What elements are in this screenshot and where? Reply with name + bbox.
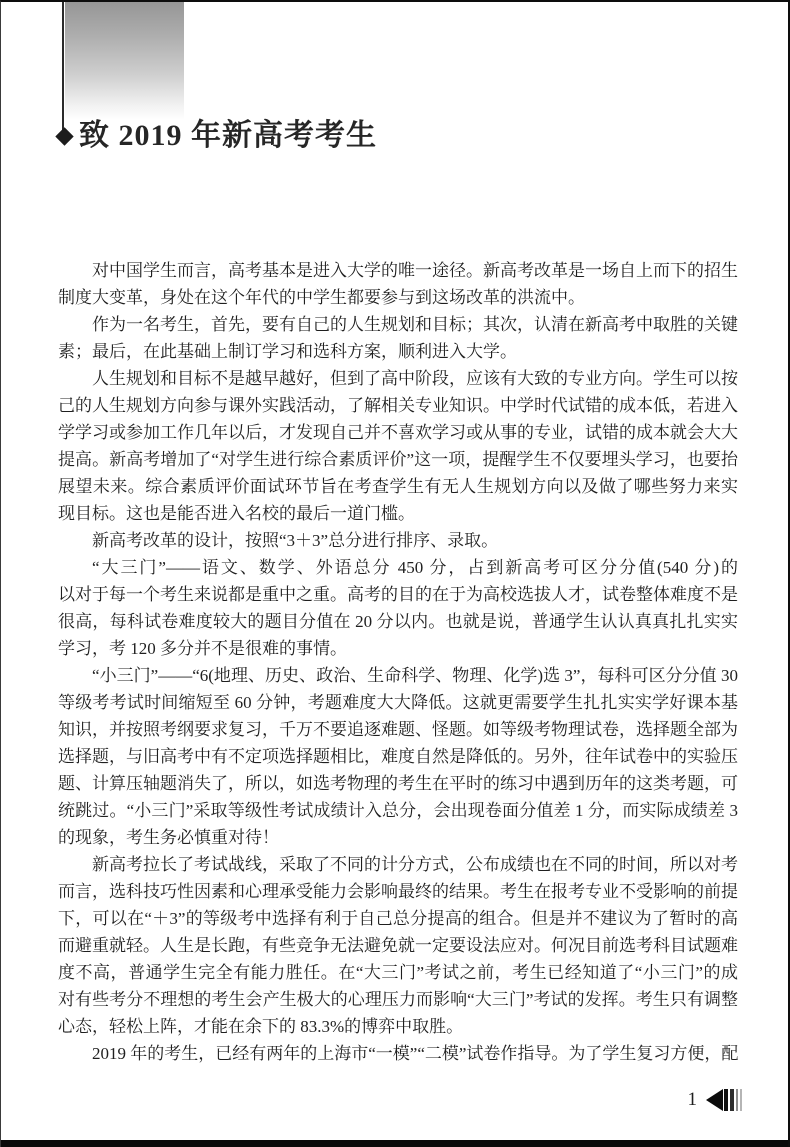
header-vertical-rule [62,2,64,130]
paragraph: 新高考拉长了考试战线，采取了不同的计分方式，公布成绩也在不同的时间，所以对考生 … [58,851,738,1040]
paragraph: “小三门”——“6(地理、历史、政治、生命科学、物理、化学)选 3”，每科可区分… [58,662,738,851]
page-edge-marker-icon [706,1089,742,1111]
text-line: 而言，选科技巧性因素和心理承受能力会影响最终的结果。考生在报考专业不受影响的前提 [58,878,738,905]
text-line: 己的人生规划方向参与课外实践活动，了解相关专业知识。中学时代试错的成本低，若进入… [58,392,738,419]
text-line: 展望未来。综合素质评价面试环节旨在考查学生有无人生规划方向以及做了哪些努力来实 [58,473,738,500]
text-line: 心态，轻松上阵，才能在余下的 83.3%的博弈中取胜。 [58,1013,738,1040]
text-line: 提高。新高考增加了“对学生进行综合素质评价”这一项，提醒学生不仅要埋头学习，也要… [58,446,738,473]
text-line: 学习，考 120 多分并不是很难的事情。 [58,635,738,662]
text-line: 制度大变革，身处在这个年代的中学生都要参与到这场改革的洪流中。 [58,284,738,311]
text-line: 选择题，与旧高考中有不定项选择题相比，难度自然是降低的。另外，往年试卷中的实验压… [58,743,738,770]
text-line: 现目标。这也是能否进入名校的最后一道门槛。 [58,500,738,527]
page-number: 1 [688,1088,698,1112]
text-line: 以对于每一个考生来说都是重中之重。高考的目的在于为高校选拔人才，试卷整体难度不是 [58,581,738,608]
chapter-title: 致 2019 年新高考考生 [79,110,719,150]
text-line: 人生规划和目标不是越早越好，但到了高中阶段，应该有大致的专业方向。学生可以按自 [58,365,738,392]
page-footer: 1 [688,1088,743,1112]
text-line: 度不高，普通学生完全有能力胜任。在“大三门”考试之前，考生已经知道了“小三门”的… [58,959,738,986]
text-line: 2019 年的考生，已经有两年的上海市“一模”“二模”试卷作指导。为了学生复习方… [58,1040,738,1067]
text-line: 新高考改革的设计，按照“3＋3”总分进行排序、录取。 [58,527,738,554]
text-line: 的现象，考生务必慎重对待！ [58,824,738,851]
header-gradient-ornament [65,2,184,120]
text-line: 学学习或参加工作几年以后，才发现自己并不喜欢学习或从事的专业，试错的成本就会大大 [58,419,738,446]
text-line: 下，可以在“＋3”的等级考中选择有利于自己总分提高的组合。但是并不建议为了暂时的… [58,905,738,932]
paragraph: 新高考改革的设计，按照“3＋3”总分进行排序、录取。 [58,527,738,554]
paragraph: 对中国学生而言，高考基本是进入大学的唯一途径。新高考改革是一场自上而下的招生 制… [58,257,738,311]
text-line: 素；最后，在此基础上制订学习和选科方案，顺利进入大学。 [58,338,738,365]
text-line: “小三门”——“6(地理、历史、政治、生命科学、物理、化学)选 3”，每科可区分… [58,662,738,689]
text-line: 统跳过。“小三门”采取等级性考试成绩计入总分，会出现卷面分值差 1 分，而实际成… [58,797,738,824]
text-line: 题、计算压轴题消失了，所以，如选考物理的考生在平时的练习中遇到历年的这类考题，可… [58,770,738,797]
bottom-scan-edge [1,1140,790,1147]
edge-bars-icon [724,1089,742,1111]
diamond-bullet-icon [55,127,73,145]
paragraph: 2019 年的考生，已经有两年的上海市“一模”“二模”试卷作指导。为了学生复习方… [58,1040,738,1067]
text-line: 对有些考分不理想的考生会产生极大的心理压力而影响“大三门”考试的发挥。考生只有调… [58,986,738,1013]
text-line: 而避重就轻。人生是长跑，有些竞争无法避免就一定要设法应对。何况目前选考科目试题难 [58,932,738,959]
text-line: “大三门”——语文、数学、外语总分 450 分，占到新高考可区分分值(540 分… [58,554,738,581]
text-line: 对中国学生而言，高考基本是进入大学的唯一途径。新高考改革是一场自上而下的招生 [58,257,738,284]
book-page: 致 2019 年新高考考生 对中国学生而言，高考基本是进入大学的唯一途径。新高考… [0,0,790,1147]
text-line: 很高，每科试卷难度较大的题目分值在 20 分以内。也就是说，普通学生认认真真扎扎… [58,608,738,635]
text-line: 新高考拉长了考试战线，采取了不同的计分方式，公布成绩也在不同的时间，所以对考生 [58,851,738,878]
left-triangle-icon [706,1089,723,1111]
text-line: 等级考考试时间缩短至 60 分钟，考题难度大大降低。这就更需要学生扎扎实实学好课… [58,689,738,716]
text-line: 知识，并按照考纲要求复习，千万不要追逐难题、怪题。如等级考物理试卷，选择题全部为… [58,716,738,743]
paragraph: “大三门”——语文、数学、外语总分 450 分，占到新高考可区分分值(540 分… [58,554,738,662]
paragraph: 人生规划和目标不是越早越好，但到了高中阶段，应该有大致的专业方向。学生可以按自 … [58,365,738,527]
body-text: 对中国学生而言，高考基本是进入大学的唯一途径。新高考改革是一场自上而下的招生 制… [58,257,738,1067]
paragraph: 作为一名考生，首先，要有自己的人生规划和目标；其次，认清在新高考中取胜的关键因 … [58,311,738,365]
text-line: 作为一名考生，首先，要有自己的人生规划和目标；其次，认清在新高考中取胜的关键因 [58,311,738,338]
